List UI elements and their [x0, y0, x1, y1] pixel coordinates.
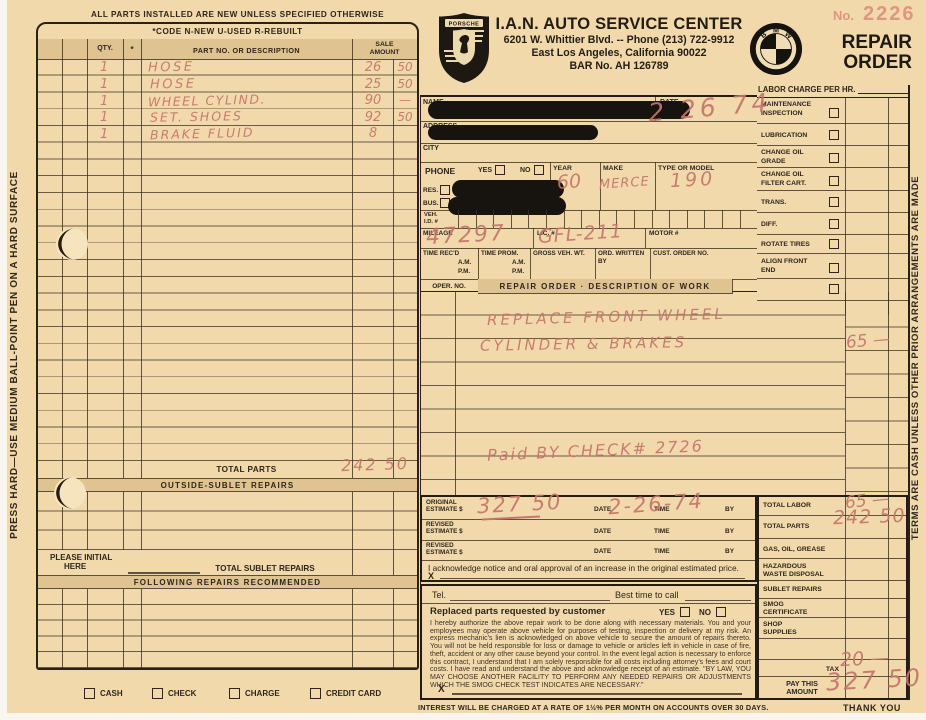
part-amount-dollars: 8	[354, 127, 392, 140]
phone-no-checkbox	[534, 165, 544, 175]
parts-code-row: *CODE N-NEW U-USED R-REBUILT	[38, 24, 417, 40]
labor-item-row: LUBRICATION	[757, 124, 909, 146]
order-number-label: No.	[833, 8, 854, 23]
time-promised-label: TIME PROM.	[481, 250, 518, 257]
totals-row-label: SUBLET REPAIRS	[763, 586, 822, 594]
part-description: HOSE	[148, 61, 195, 75]
col-header-qty: QTY.	[87, 45, 123, 52]
make-label: MAKE	[603, 165, 623, 172]
grid-line	[533, 228, 534, 248]
check-label: CHECK	[168, 689, 196, 698]
labor-item-label: CHANGE OIL FILTER CART.	[761, 171, 806, 188]
license-value: GFL-211	[537, 222, 623, 247]
labor-item-checkbox	[829, 239, 839, 249]
punch-hole-icon	[48, 227, 90, 261]
estimate-date-label: DATE	[594, 528, 611, 535]
acknowledge-x-label: X	[428, 571, 434, 581]
part-amount-dollars: 25	[354, 78, 392, 91]
totals-row-label: SMOG CERTIFICATE	[763, 601, 807, 616]
work-labor-amount: 65 —	[845, 331, 890, 352]
acknowledge-text: I acknowledge notice and oral approval o…	[428, 563, 753, 573]
part-amount-dollars: 26	[354, 61, 392, 74]
work-amount-lines-area	[845, 292, 908, 495]
veh-id-cell	[722, 210, 740, 228]
best-time-label: Best time to call	[615, 590, 679, 600]
part-description: WHEEL CYLIND.	[148, 93, 266, 109]
signature-line	[452, 693, 742, 695]
part-amount-dollars: 90	[354, 94, 392, 107]
parts-code-note: *CODE N-NEW U-USED R-REBUILT	[152, 27, 302, 36]
year-value: 60	[556, 172, 581, 193]
labor-item-row: ALIGN FRONT END	[757, 254, 909, 279]
labor-item-checkbox	[829, 153, 839, 163]
check-checkbox	[152, 688, 163, 699]
grid-line	[650, 248, 651, 279]
estimate-by-label: BY	[725, 528, 734, 535]
order-written-by-label: ORD. WRITTEN BY	[598, 250, 644, 265]
part-description: BRAKE FLUID	[150, 127, 255, 142]
part-amount-dollars: 92	[354, 111, 392, 124]
pm-label: P.M.	[458, 268, 470, 275]
grid-line	[595, 248, 596, 279]
parts-table: *CODE N-NEW U-USED R-REBUILT QTY. * PART…	[36, 22, 419, 670]
phone-no-label: NO	[520, 167, 531, 174]
part-amount-cents: 50	[393, 61, 417, 73]
document-title-line1: REPAIR	[836, 33, 912, 53]
order-number-stamp: No. 2226	[833, 3, 925, 26]
replaced-yes-checkbox	[680, 607, 690, 617]
am-label: A.M.	[458, 259, 471, 266]
payment-method-cash: CASH	[84, 688, 123, 699]
company-address-line1: 6201 W. Whittier Blvd. -- Phone (213) 72…	[490, 34, 748, 47]
company-name: I.A.N. AUTO SERVICE CENTER	[490, 15, 748, 34]
customer-order-number-label: CUST. ORDER NO.	[653, 250, 709, 257]
grid-line	[422, 560, 755, 561]
res-phone-checkbox	[440, 185, 450, 195]
veh-id-cell	[669, 210, 687, 228]
original-estimate-label: ORIGINAL ESTIMATE $	[426, 499, 463, 513]
payment-method-check: CHECK	[152, 688, 196, 699]
veh-id-cell	[652, 210, 670, 228]
date-value: 2 26 74	[647, 90, 772, 126]
totals-row-label: TOTAL LABOR	[763, 502, 811, 510]
part-amount-cents: 50	[393, 78, 417, 90]
please-initial-here-label: HERE	[64, 562, 86, 571]
labor-item-row: ROTATE TIRES	[757, 235, 909, 254]
totals-row: HAZARDOUS WASTE DISPOSAL	[759, 559, 906, 581]
customer-block: NAME DATE 2 26 74 ADDRESS CITY PHONE YES…	[420, 95, 757, 292]
gross-weight-label: GROSS VEH. WT.	[533, 250, 585, 257]
original-estimate-value: 327 50	[477, 492, 563, 517]
charge-checkbox	[229, 688, 240, 699]
total-parts-label: TOTAL PARTS	[141, 465, 352, 474]
col-header-description: PART NO. OR DESCRIPTION	[141, 46, 352, 55]
grid-line	[888, 292, 889, 495]
company-header: I.A.N. AUTO SERVICE CENTER 6201 W. Whitt…	[490, 15, 748, 73]
am-label: A.M.	[512, 259, 525, 266]
totals-row: SUBLET REPAIRS	[759, 581, 906, 599]
labor-charge-title-row: LABOR CHARGE PER HR.	[758, 85, 908, 94]
veh-id-cell	[704, 210, 722, 228]
labor-item-checkbox	[829, 130, 839, 140]
part-description: HOSE	[150, 78, 197, 92]
labor-item-label: DIFF.	[761, 221, 777, 228]
credit-card-label: CREDIT CARD	[326, 689, 381, 698]
scan-edge-bottom	[0, 713, 926, 720]
replaced-no-checkbox	[716, 607, 726, 617]
original-estimate-date: 2-26-74	[607, 491, 704, 519]
interest-note: INTEREST WILL BE CHARGED AT A RATE OF 1½…	[418, 703, 769, 712]
labor-item-label: LUBRICATION	[761, 132, 807, 141]
pay-this-amount: 327 50	[825, 666, 922, 695]
work-description-line2: CYLINDER & BRAKES	[480, 335, 687, 354]
bmw-roundel-icon: B M W	[749, 22, 803, 76]
outside-sublet-label: OUTSIDE-SUBLET REPAIRS	[161, 481, 295, 490]
veh-id-label: VEH. I.D. #	[424, 212, 438, 225]
total-sublet-label: TOTAL SUBLET REPAIRS	[178, 564, 352, 573]
labor-menu-grid: MAINTENANCE INSPECTION LUBRICATION CHANG…	[757, 97, 909, 314]
right-margin-note: TERMS ARE CASH UNLESS OTHER PRIOR ARRANG…	[910, 58, 925, 658]
labor-item-checkbox	[829, 219, 839, 229]
res-phone-redaction-bar	[452, 180, 564, 198]
labor-item-checkbox	[829, 263, 839, 273]
res-phone-label: RES.	[423, 187, 438, 194]
veh-id-cell	[687, 210, 705, 228]
labor-item-row: TRANS.	[757, 191, 909, 213]
punch-hole-icon	[46, 476, 88, 510]
labor-item-row: CHANGE OIL FILTER CART.	[757, 168, 909, 191]
labor-item-checkbox	[829, 197, 839, 207]
estimate-by-label: BY	[725, 506, 734, 513]
cash-checkbox	[84, 688, 95, 699]
revised-estimate-label: REVISED ESTIMATE $	[426, 521, 463, 535]
estimate-time-label: TIME	[654, 528, 670, 535]
part-amount-cents: —	[393, 94, 417, 106]
totals-row: SHOP SUPPLIES	[759, 618, 906, 639]
document-title: REPAIR ORDER	[836, 33, 912, 73]
bus-phone-label: BUS.	[423, 200, 439, 207]
part-qty: 1	[100, 78, 108, 91]
grid-line	[422, 540, 755, 541]
following-repairs-label: FOLLOWING REPAIRS RECOMMENDED	[134, 578, 322, 587]
totals-row-label: HAZARDOUS WASTE DISPOSAL	[763, 563, 824, 578]
totals-row: SMOG CERTIFICATE	[759, 599, 906, 618]
authorization-block: Tel. Best time to call Replaced parts re…	[420, 584, 757, 700]
parts-top-note: ALL PARTS INSTALLED ARE NEW UNLESS SPECI…	[60, 10, 415, 19]
grid-line	[478, 248, 479, 279]
sublet-rows-area	[38, 492, 417, 550]
scan-edge-left	[0, 0, 7, 720]
acknowledge-signature-line	[440, 578, 745, 579]
cash-label: CASH	[100, 689, 123, 698]
veh-id-cell	[740, 210, 758, 228]
estimate-block: ORIGINAL ESTIMATE $ DATE TIME BY 327 50 …	[420, 495, 757, 582]
labor-item-row: DIFF.	[757, 213, 909, 235]
col-header-code: *	[123, 45, 141, 54]
part-qty: 1	[100, 61, 108, 74]
document-title-line2: ORDER	[836, 53, 912, 73]
labor-charge-title: LABOR CHARGE PER HR.	[758, 85, 855, 94]
phone-label: PHONE	[425, 166, 455, 176]
labor-item-row: CHANGE OIL GRADE	[757, 146, 909, 168]
order-number-value: 2226	[863, 3, 916, 26]
credit-card-checkbox	[310, 688, 321, 699]
work-header-label: REPAIR ORDER · DESCRIPTION OF WORK	[499, 282, 710, 291]
part-qty: 1	[100, 95, 108, 108]
svg-text:PORSCHE: PORSCHE	[449, 22, 480, 28]
estimate-by-label: BY	[725, 548, 734, 555]
following-repairs-band: FOLLOWING REPAIRS RECOMMENDED	[38, 575, 417, 589]
totals-row-label: GAS, OIL, GREASE	[763, 546, 825, 554]
revised-estimate-label: REVISED ESTIMATE $	[426, 542, 463, 556]
grid-line	[655, 162, 656, 210]
payment-method-charge: CHARGE	[229, 688, 280, 699]
grid-line	[420, 248, 757, 249]
scanned-repair-order: { "page": { "stamp_no_label": "No.", "st…	[0, 0, 926, 720]
totals-row-label: SHOP SUPPLIES	[763, 621, 797, 636]
totals-row-label: TOTAL PARTS	[763, 523, 809, 531]
totals-row: GAS, OIL, GREASE	[759, 539, 906, 559]
payment-method-credit-card: CREDIT CARD	[310, 688, 381, 699]
labor-item-label: CHANGE OIL GRADE	[761, 149, 804, 166]
city-label: CITY	[423, 145, 439, 152]
part-amount-cents: 50	[393, 111, 417, 123]
sheet-right-border	[908, 85, 910, 700]
company-address-line2: East Los Angeles, California 90022	[490, 47, 748, 60]
model-value: 190	[670, 170, 716, 191]
labor-item-checkbox	[829, 108, 839, 118]
phone-yes-checkbox	[495, 165, 505, 175]
best-time-line	[685, 600, 751, 601]
veh-id-cell	[634, 210, 652, 228]
part-description: SET. SHOES	[150, 110, 243, 124]
part-qty: 1	[100, 128, 108, 141]
grid-line	[530, 248, 531, 279]
porsche-crest-icon: PORSCHE	[438, 12, 490, 84]
motor-label: MOTOR #	[649, 230, 679, 237]
estimate-time-label: TIME	[654, 548, 670, 555]
address-redaction-bar	[428, 125, 598, 140]
total-parts-amount: 242 50	[833, 507, 906, 529]
please-initial-label: PLEASE INITIAL	[50, 553, 112, 562]
grid-line	[420, 143, 757, 144]
pm-label: P.M.	[512, 268, 524, 275]
grid-line	[422, 519, 755, 520]
thank-you-note: THANK YOU	[843, 703, 901, 713]
grid-line	[422, 603, 755, 604]
labor-item-checkbox	[829, 176, 839, 186]
total-parts-amount: 242 50	[341, 456, 410, 474]
replaced-parts-label: Replaced parts requested by customer	[430, 606, 605, 617]
oper-no-label: OPER. NO.	[420, 283, 478, 290]
labor-item-label: TRANS.	[761, 199, 786, 206]
grid-line	[645, 228, 646, 248]
outside-sublet-band: OUTSIDE-SUBLET REPAIRS	[38, 478, 417, 492]
replaced-no-label: NO	[699, 608, 711, 617]
company-bar-number: BAR No. AH 126789	[490, 60, 748, 73]
recommended-rows-area	[38, 589, 417, 668]
part-qty: 1	[100, 111, 108, 124]
labor-item-label: ALIGN FRONT END	[761, 258, 807, 275]
make-value: MERCE	[599, 175, 651, 192]
signature-x-label: X	[438, 684, 445, 695]
labor-item-row: MAINTENANCE INSPECTION	[757, 98, 909, 124]
veh-id-cell	[511, 210, 529, 228]
legal-text: I hereby authorize the above repair work…	[430, 620, 751, 689]
labor-item-label: ROTATE TIRES	[761, 241, 810, 248]
labor-charge-fill-line	[858, 85, 908, 94]
time-received-label: TIME REC'D	[423, 250, 459, 257]
tel-line	[450, 600, 610, 601]
charge-label: CHARGE	[245, 689, 280, 698]
mileage-value: 47297	[425, 223, 506, 249]
tel-label: Tel.	[432, 590, 446, 600]
col-header-amount: SALE AMOUNT	[352, 41, 417, 57]
replaced-yes-label: YES	[659, 608, 675, 617]
grid-line	[845, 292, 846, 495]
left-margin-note: PRESS HARD—USE MEDIUM BALL-POINT PEN ON …	[9, 65, 25, 645]
grid-line	[420, 162, 757, 163]
phone-yes-label: YES	[478, 167, 492, 174]
estimate-date-label: DATE	[594, 548, 611, 555]
